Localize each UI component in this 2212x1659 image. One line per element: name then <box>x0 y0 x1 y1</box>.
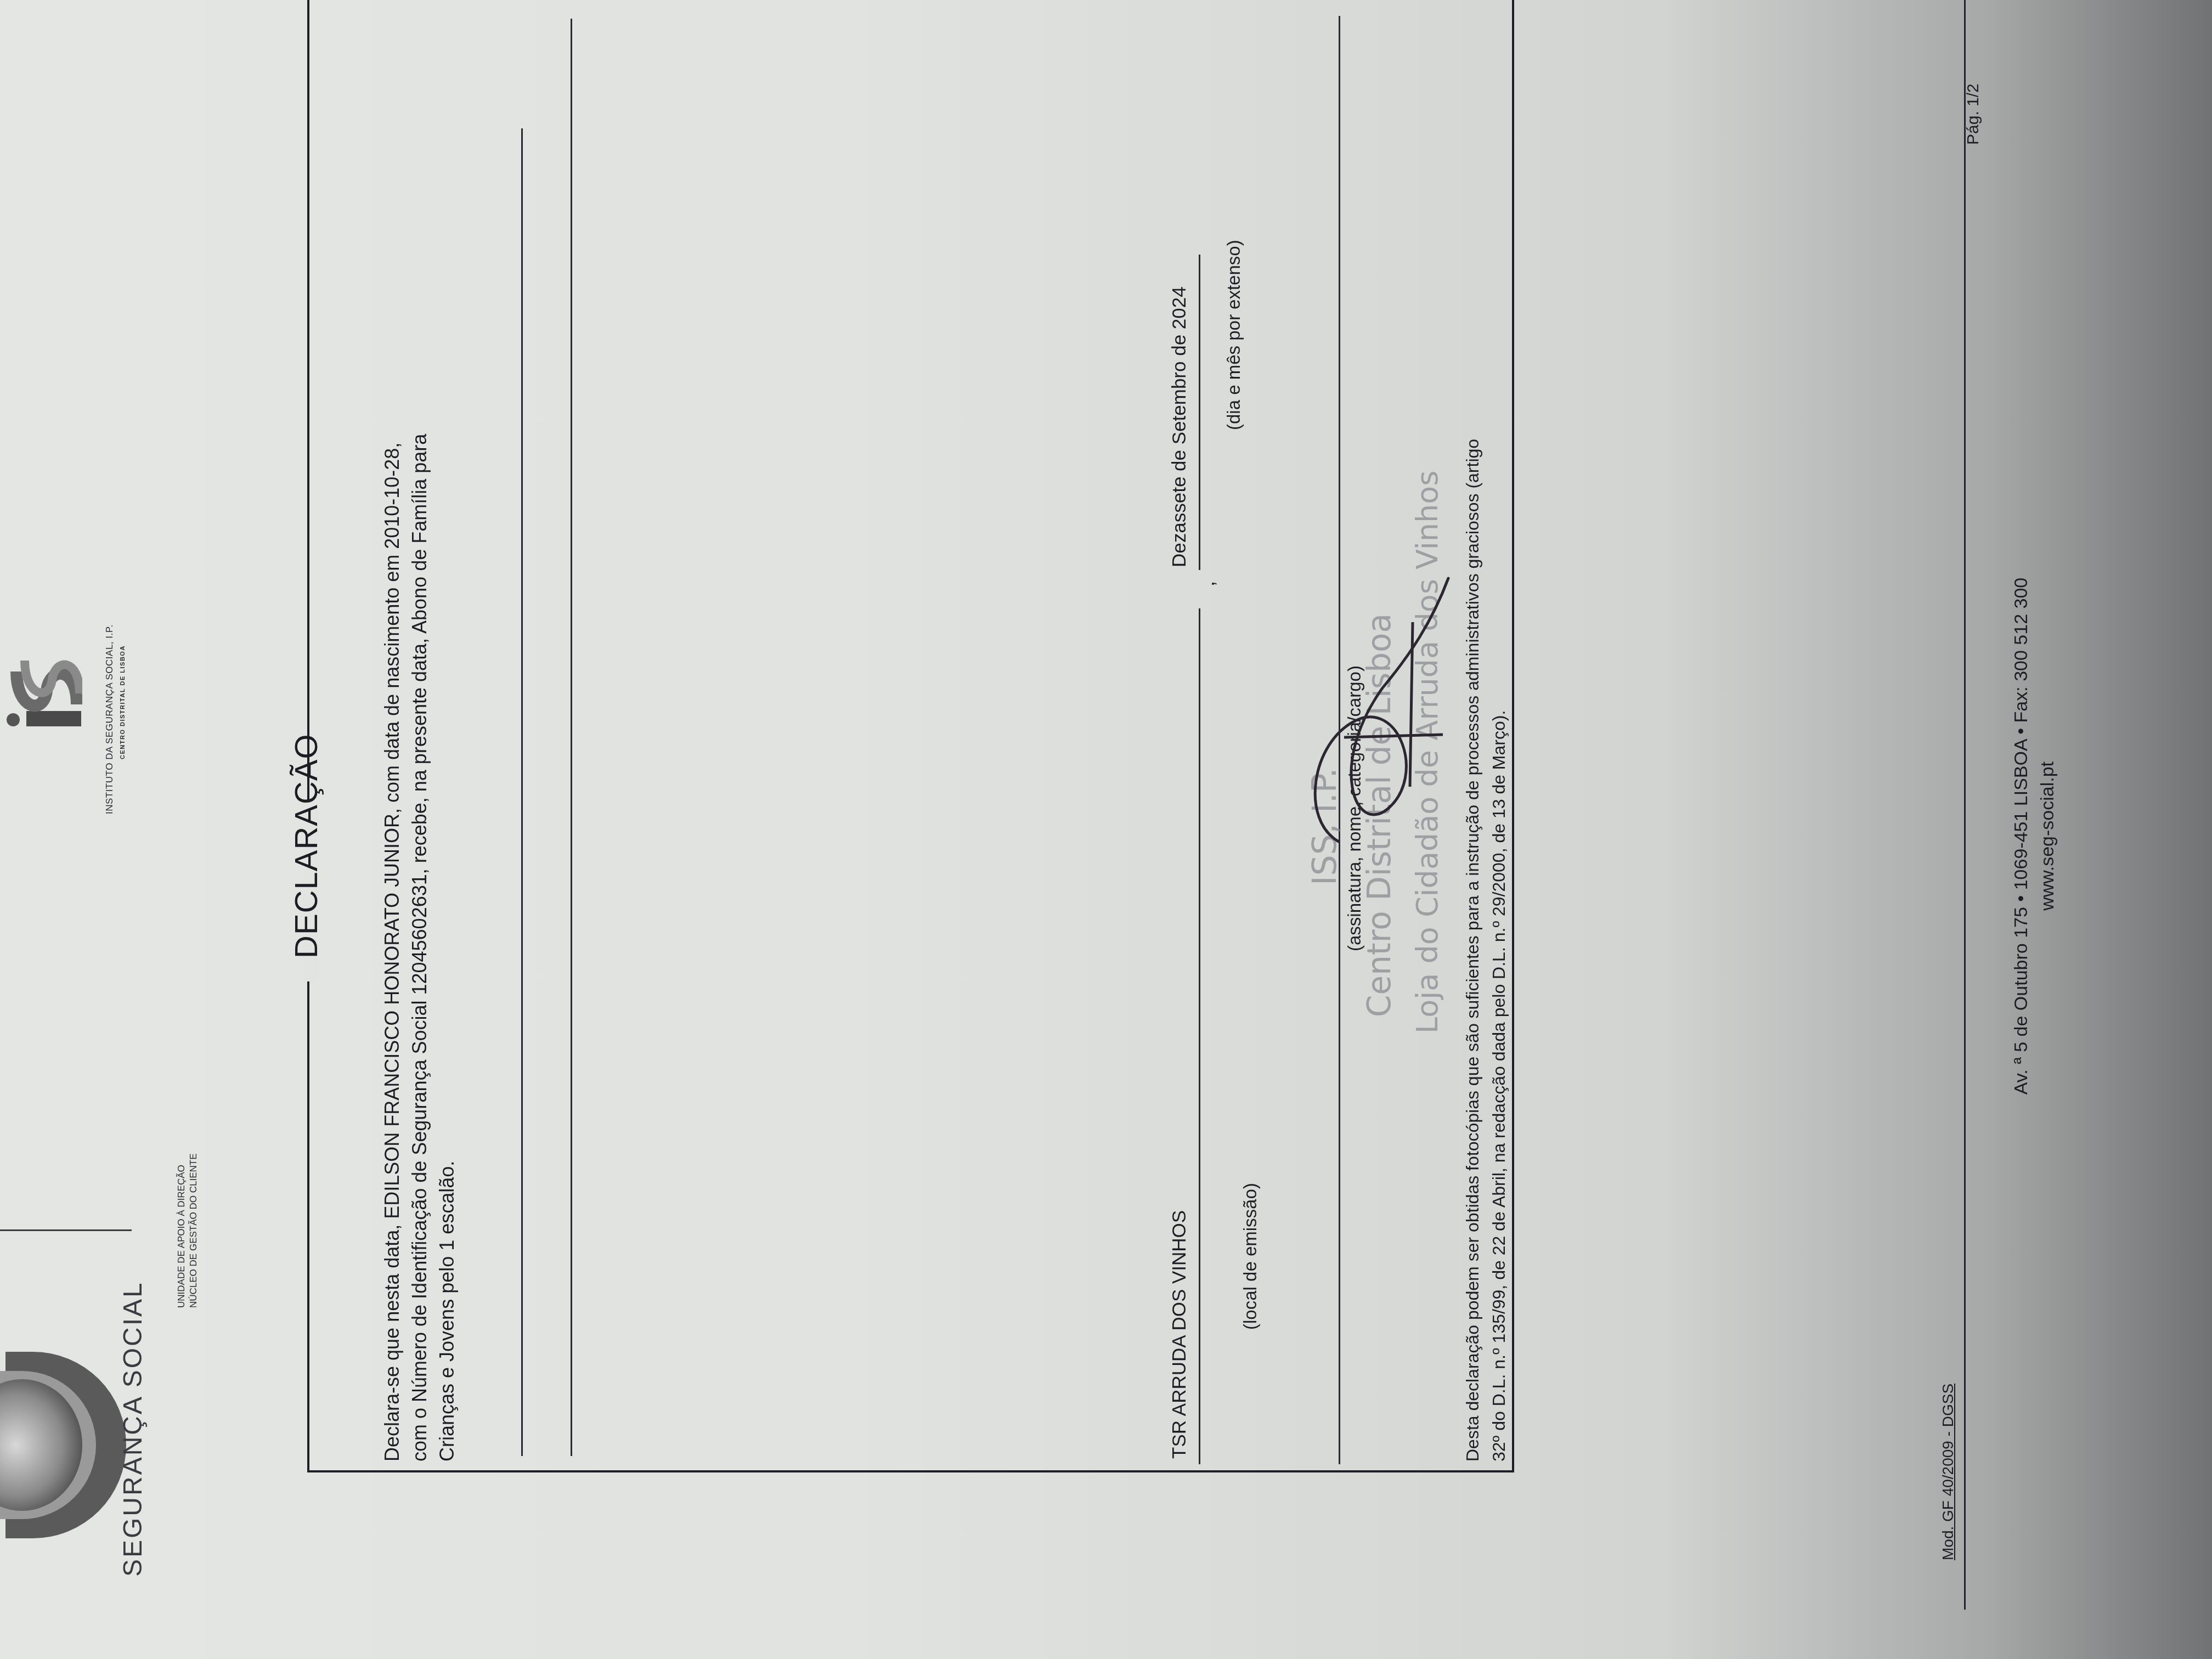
date-caption: (dia e mês por extenso) <box>1223 240 1244 430</box>
place-of-issue: TSR ARRUDA DOS VINHOS <box>1169 1210 1190 1459</box>
place-underline <box>1199 608 1200 1464</box>
declaration-document-page: SEGURANÇA SOCIAL INSTITUTO DA SEGURANÇA … <box>0 0 2212 1659</box>
handwritten-signature-icon <box>1306 567 1459 853</box>
unit-line-2: NÚCLEO DE GESTÃO DO CLIENTE <box>188 1154 200 1308</box>
unit-line-1: UNIDADE DE APOIO À DIREÇÃO <box>176 1154 188 1308</box>
website-link[interactable]: www.seg-social.pt <box>2034 474 2061 1198</box>
blank-line <box>571 19 572 1456</box>
separator: , <box>1196 581 1219 586</box>
institute-name: INSTITUTO DA SEGURANÇA SOCIAL, I.P. <box>104 624 115 814</box>
body-line-1: Declara-se que nesta data, EDILSON FRANC… <box>379 90 406 1462</box>
brand-wordmark: SEGURANÇA SOCIAL <box>118 1281 148 1577</box>
body-line-3: Crianças e Jovens pelo 1 escalão. <box>433 90 461 1462</box>
blank-line <box>521 128 523 1456</box>
footer-address: Av. ª 5 de Outubro 175 • 1069-451 LISBOA… <box>2008 474 2061 1198</box>
institute-district: CENTRO DISTRITAL DE LISBOA <box>120 645 126 759</box>
page-number: Pág. 1/2 <box>1964 83 1983 145</box>
body-line-2: com o Número de Identificação de Seguran… <box>406 90 433 1462</box>
legal-note: Desta declaração podem ser obtidas fotoc… <box>1459 79 1512 1462</box>
footer-divider <box>1964 0 1966 1610</box>
place-caption: (local de emissão) <box>1240 1183 1261 1330</box>
header-divider <box>0 1229 132 1231</box>
legal-note-line-2: 32º do D.L. n.º 135/99, de 22 de Abril, … <box>1486 79 1512 1462</box>
department-lines: UNIDADE DE APOIO À DIREÇÃO NÚCLEO DE GES… <box>176 1154 200 1308</box>
iss-logo-icon <box>5 655 82 726</box>
legal-note-line-1: Desta declaração podem ser obtidas fotoc… <box>1459 79 1486 1462</box>
form-code: Mod. GF 40/2009 - DGSS <box>1939 1384 1957 1560</box>
date-underline <box>1199 255 1200 570</box>
issue-date: Dezassete de Setembro de 2024 <box>1169 286 1190 567</box>
postal-address: Av. ª 5 de Outubro 175 • 1069-451 LISBOA… <box>2008 474 2034 1198</box>
declaration-body: Declara-se que nesta data, EDILSON FRANC… <box>379 90 461 1462</box>
page-title: DECLARAÇÃO <box>288 721 325 970</box>
